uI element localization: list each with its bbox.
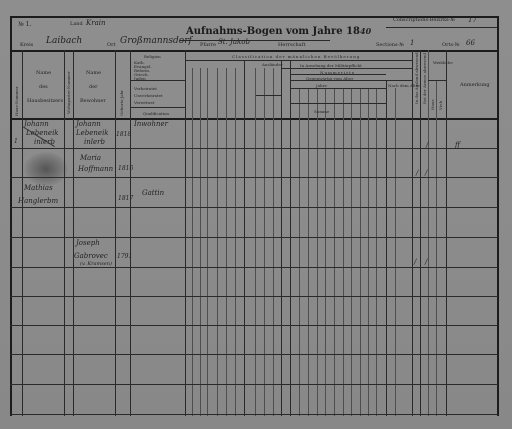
form-title: Aufnahms-Bogen vom Jahre 1840	[186, 26, 371, 37]
col-line	[255, 68, 256, 416]
col-line	[412, 50, 413, 416]
col-line	[395, 88, 396, 416]
ort-label: Ort	[107, 42, 116, 48]
pfarre-label: Pfarre	[200, 42, 216, 48]
cell-mark: /	[414, 258, 416, 266]
header-auslaender: Ausländer	[262, 62, 283, 67]
cell-hausbesitzer-line: Johann	[24, 120, 49, 128]
header-vieh: Vieh	[438, 94, 443, 110]
section-value: 1	[410, 39, 414, 47]
header-name-1: Name	[36, 70, 51, 76]
col-line	[207, 68, 208, 416]
col-line	[22, 50, 23, 416]
header-classification: Classification der männlichen Bevölkerun…	[232, 54, 360, 59]
col-line	[130, 50, 131, 416]
col-line	[244, 60, 245, 416]
cell-bewohner-line: Maria	[80, 154, 101, 162]
row-divider	[10, 177, 498, 178]
cell-bewohner-line: (v. Kramsen)	[80, 261, 112, 267]
col-line	[64, 50, 65, 416]
col-line	[325, 88, 326, 416]
form-title-year: 40	[360, 26, 371, 36]
col-line	[264, 68, 265, 416]
conscriptions-label: Conscriptions-Bezirks-№	[393, 17, 455, 23]
form-number: № 1.	[18, 21, 31, 28]
row-divider	[10, 325, 498, 326]
header-geburtsjahr: Geburts-Jahr	[119, 90, 124, 116]
row-divider	[10, 354, 498, 355]
census-form-sheet: № 1. Land Krain Aufnahms-Bogen vom Jahre…	[0, 0, 512, 429]
section-label: Sections-№	[376, 42, 404, 48]
header-bewohner-2: der	[89, 84, 98, 90]
header-sub-line	[290, 88, 386, 89]
header-anmerkung: Anmerkung	[460, 82, 490, 88]
frame-left	[10, 16, 12, 416]
col-line	[317, 88, 318, 416]
conscriptions-underline	[386, 27, 497, 28]
header-qualifikation: Qualification	[143, 111, 169, 116]
pfarre-value: St. Jakob	[218, 38, 250, 46]
header-divider	[10, 50, 498, 52]
land-label: Land	[70, 21, 83, 27]
cell-bewohner-line: Hoffmann	[78, 165, 113, 173]
col-line	[308, 88, 309, 416]
header-bewohner-3: Bewohner	[80, 98, 106, 104]
cell-qualifikation: Gattin	[142, 189, 164, 197]
col-line	[273, 68, 274, 416]
col-line	[200, 68, 201, 416]
header-sub-line	[185, 60, 412, 61]
header-sub-line	[281, 68, 412, 69]
ort-value: Großmannsdorf	[120, 36, 192, 46]
cell-bewohner-line: Lebeneik	[76, 129, 109, 137]
land-value: Krain	[86, 19, 106, 27]
row-divider	[10, 207, 498, 208]
cell-geburtsjahr: 1816	[118, 165, 133, 172]
col-line	[217, 68, 218, 416]
cell-bewohner-line: Gabrovec	[74, 252, 108, 260]
col-line	[436, 80, 437, 416]
row-divider	[10, 148, 498, 149]
header-sub-line	[256, 95, 281, 96]
header-religion: Religion	[144, 54, 161, 59]
col-line	[334, 88, 335, 416]
col-line	[226, 68, 227, 416]
cell-geburtsjahr: 1791	[117, 253, 132, 260]
cell-qualifikation: Inwohner	[134, 120, 168, 128]
col-line	[235, 68, 236, 416]
header-stand-row: Verwitwet	[134, 100, 155, 105]
header-weibliche: Weibliche	[433, 60, 453, 65]
conscriptions-value: 17	[468, 16, 477, 24]
col-line	[299, 88, 300, 416]
form-title-text: Aufnahms-Bogen vom Jahre 18	[186, 26, 360, 37]
row-divider	[10, 267, 498, 268]
cell-hausbesitzer-line: Hanglerbm	[18, 197, 58, 205]
cell-bewohner-line: Joseph	[76, 239, 100, 247]
cell-hausbesitzer-line: Mathias	[24, 184, 53, 192]
header-sub-line	[130, 107, 185, 108]
header-stand-row: Verheiratet	[134, 86, 157, 91]
cell-mark: /	[426, 141, 428, 149]
header-wohnpartei: Wohnpartei-Nummer	[66, 80, 71, 114]
header-stand-row: Unverheiratet	[134, 93, 163, 98]
col-line	[368, 88, 369, 416]
col-line	[360, 88, 361, 416]
col-line	[446, 50, 447, 416]
cell-mark: /	[416, 169, 418, 177]
header-haus: Haus	[430, 94, 435, 110]
col-line	[115, 50, 116, 416]
frame-right	[497, 16, 499, 416]
header-nummerirte: Nummerirte	[320, 70, 355, 75]
col-line	[281, 60, 282, 416]
header-in-das-ausland: In das Ausland abwesend	[414, 64, 419, 104]
herrschaft-label: Herrschaft	[278, 42, 306, 48]
cell-mark: /	[425, 169, 427, 177]
title-underline	[180, 40, 330, 41]
kreis-label: Kreis	[20, 42, 33, 48]
header-sub-line	[290, 103, 386, 104]
orts-nr-label: Orts-№	[442, 42, 460, 48]
header-haus-nr: Haus-Nummer	[14, 86, 19, 116]
cell-bewohner-line: inlerb	[84, 138, 105, 146]
row-divider	[10, 414, 498, 415]
row-divider	[10, 384, 498, 385]
col-line	[376, 88, 377, 416]
cell-haus-nr: 1	[14, 138, 18, 145]
header-name-2: des	[39, 84, 48, 90]
cell-mark: /	[425, 258, 427, 266]
col-line	[185, 50, 186, 416]
header-bewohner-1: Name	[86, 70, 101, 76]
cell-bewohner-line: Johann	[76, 120, 101, 128]
cell-geburtsjahr: 1817	[118, 195, 133, 202]
col-line	[420, 50, 421, 416]
cell-anmerkung: ff	[455, 141, 460, 149]
row-divider	[10, 296, 498, 297]
col-line	[428, 50, 429, 416]
col-line	[351, 88, 352, 416]
kreis-value: Laibach	[46, 36, 82, 46]
col-line	[386, 80, 387, 416]
col-line	[192, 68, 193, 416]
ink-smudge	[24, 152, 68, 186]
header-gegenwaertig: Gegenwärtig vom Alter	[306, 76, 353, 81]
header-sub-line	[428, 80, 446, 81]
header-bei-der-armee: Bei der Armee abwesend	[422, 64, 427, 104]
header-jahre: Jahre	[316, 83, 327, 88]
col-line	[290, 60, 291, 416]
header-sub-summary: In Ansehung der Militärpflicht	[300, 63, 362, 68]
orts-nr-value: 66	[466, 39, 475, 47]
row-divider	[10, 237, 498, 238]
cell-geburtsjahr: 1818	[116, 131, 131, 138]
col-line	[343, 88, 344, 416]
header-religion-row: Juden	[134, 76, 146, 81]
header-name-3: Hausbesitzers	[27, 98, 63, 104]
header-summe: Summe	[314, 109, 329, 114]
col-line	[73, 50, 74, 416]
